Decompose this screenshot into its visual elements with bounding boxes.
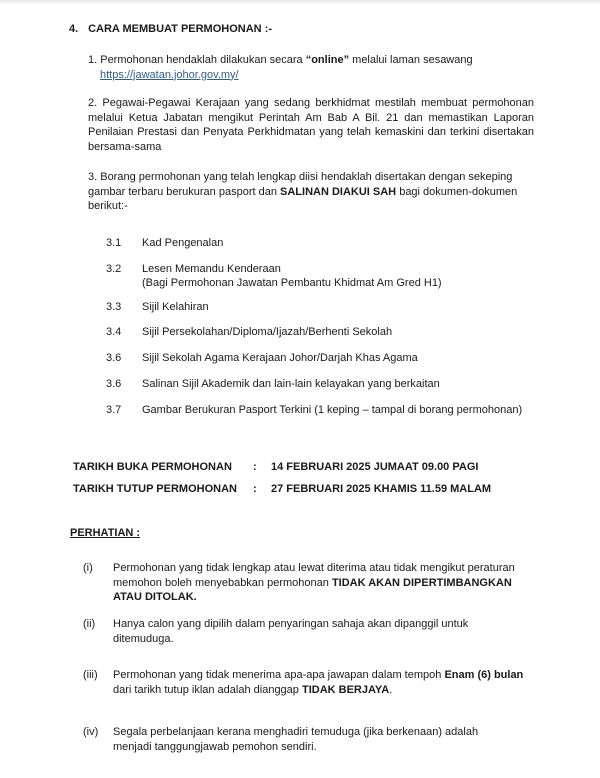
- open-date-value: 14 FEBRUARI 2025 JUMAAT 09.00 PAGI: [271, 461, 478, 473]
- document-number: 3.6: [106, 351, 142, 365]
- document-number: 3.7: [106, 403, 142, 417]
- notice-item: (iii) Permohonan yang tidak menerima apa…: [83, 668, 533, 697]
- document-text: Kad Pengenalan: [142, 237, 223, 249]
- document-item: 3.6Salinan Sijil Akademik dan lain-lain …: [106, 377, 440, 391]
- document-number: 3.3: [106, 300, 142, 314]
- document-item: 3.3Sijil Kelahiran: [106, 300, 209, 314]
- instruction-item-2: 2. Pegawai-Pegawai Kerajaan yang sedang …: [88, 96, 534, 154]
- close-date-value: 27 FEBRUARI 2025 KHAMIS 11.59 MALAM: [271, 483, 491, 495]
- notice-item: (ii) Hanya calon yang dipilih dalam peny…: [83, 617, 533, 646]
- notice-text: .: [389, 684, 392, 696]
- notice-title: PERHATIAN :: [70, 527, 140, 539]
- notice-number: (ii): [83, 617, 113, 632]
- notice-bold: TIDAK BERJAYA: [302, 684, 389, 696]
- document-number: 3.1: [106, 236, 142, 250]
- document-number: 3.4: [106, 325, 142, 339]
- document-text: Sijil Kelahiran: [142, 301, 209, 313]
- notice-number: (i): [83, 561, 113, 576]
- item1-text: 1. Permohonan hendaklah dilakukan secara: [88, 54, 306, 66]
- document-number: 3.2: [106, 262, 142, 276]
- document-item: 3.1Kad Pengenalan: [106, 236, 223, 250]
- section-heading: 4. CARA MEMBUAT PERMOHONAN :-: [69, 23, 272, 35]
- notice-item: (i) Permohonan yang tidak lengkap atau l…: [83, 561, 533, 605]
- application-link[interactable]: https://jawatan.johor.gov.my/: [100, 69, 239, 81]
- document-text: Sijil Sekolah Agama Kerajaan Johor/Darja…: [142, 352, 418, 364]
- close-date-label: TARIKH TUTUP PERMOHONAN: [73, 483, 253, 495]
- item3-bold: SALINAN DIAKUI SAH: [280, 186, 396, 198]
- document-item: 3.7Gambar Berukuran Pasport Terkini (1 k…: [106, 403, 522, 417]
- notice-text: Segala perbelanjaan kerana menghadiri te…: [113, 726, 478, 753]
- open-date-label: TARIKH BUKA PERMOHONAN: [73, 461, 253, 473]
- document-item: 3.6Sijil Sekolah Agama Kerajaan Johor/Da…: [106, 351, 418, 365]
- document-text: Sijil Persekolahan/Diploma/Ijazah/Berhen…: [142, 326, 392, 338]
- document-text: Lesen Memandu Kenderaan: [142, 263, 281, 275]
- notice-number: (iii): [83, 668, 113, 683]
- document-item: 3.2Lesen Memandu Kenderaan (Bagi Permoho…: [106, 262, 442, 290]
- document-text: Salinan Sijil Akademik dan lain-lain kel…: [142, 378, 440, 390]
- notice-bold: Enam (6) bulan: [444, 669, 523, 681]
- item1-bold: “online”: [306, 54, 349, 66]
- notice-text: dari tarikh tutup iklan adalah dianggap: [113, 684, 302, 696]
- instruction-item-1: 1. Permohonan hendaklah dilakukan secara…: [88, 53, 528, 82]
- notice-text: Hanya calon yang dipilih dalam penyaring…: [113, 618, 468, 645]
- notice-text: Permohonan yang tidak menerima apa-apa j…: [113, 669, 444, 681]
- separator: :: [253, 461, 271, 473]
- document-text: Gambar Berukuran Pasport Terkini (1 kepi…: [142, 404, 522, 416]
- item1-suffix: melalui laman sesawang: [349, 54, 473, 66]
- page-top-shadow: [0, 0, 600, 4]
- notice-item: (iv) Segala perbelanjaan kerana menghadi…: [83, 725, 533, 754]
- document-note: (Bagi Permohonan Jawatan Pembantu Khidma…: [106, 277, 442, 289]
- document-item: 3.4Sijil Persekolahan/Diploma/Ijazah/Ber…: [106, 325, 392, 339]
- section-number: 4.: [69, 23, 85, 35]
- open-date-row: TARIKH BUKA PERMOHONAN:14 FEBRUARI 2025 …: [73, 461, 478, 473]
- separator: :: [253, 483, 271, 495]
- instruction-item-3: 3. Borang permohonan yang telah lengkap …: [88, 170, 534, 214]
- section-title: CARA MEMBUAT PERMOHONAN :-: [88, 23, 272, 35]
- close-date-row: TARIKH TUTUP PERMOHONAN:27 FEBRUARI 2025…: [73, 483, 491, 495]
- notice-number: (iv): [83, 725, 113, 740]
- document-number: 3.6: [106, 377, 142, 391]
